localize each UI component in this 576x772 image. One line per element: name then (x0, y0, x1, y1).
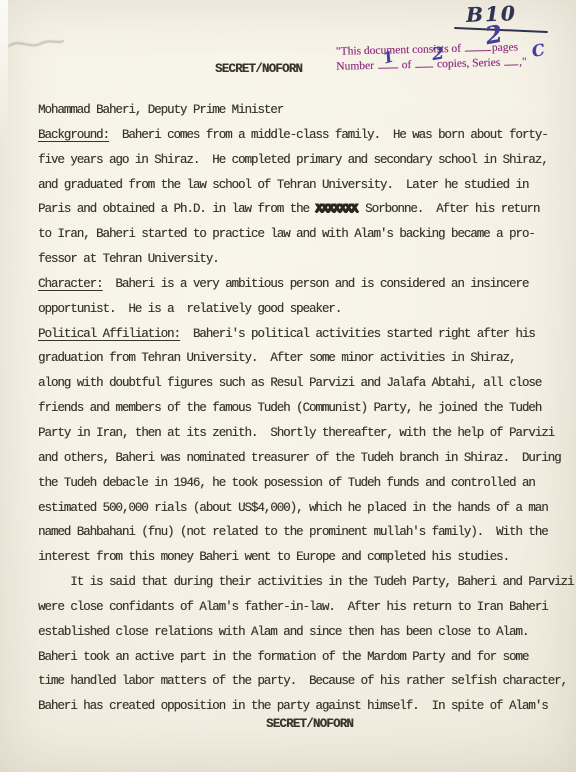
line-text: time handled labor matters of the party.… (38, 674, 567, 688)
line-text: Paris and obtained a Ph.D. in law from t… (38, 202, 315, 216)
line-text: opportunist. He is a relatively good spe… (38, 302, 341, 316)
document-line: fessor at Tehran University. (38, 247, 562, 272)
line-text: were close confidants of Alam's father-i… (38, 600, 548, 614)
document-line: graduation from Tehran University. After… (38, 346, 562, 371)
classification-footer: SECRET/NOFORN (266, 717, 353, 731)
document-line: and others, Baheri was nominated treasur… (38, 446, 562, 471)
document-line: five years ago in Shiraz. He completed p… (38, 148, 562, 173)
handwritten-page-count: 2 (484, 27, 503, 44)
line-text: established close relations with Alam an… (38, 625, 528, 639)
document-line: Character: Baheri is a very ambitious pe… (38, 272, 562, 297)
stamp-blank-line (504, 55, 518, 65)
line-text: Baheri comes from a middle-class family.… (109, 128, 548, 142)
line-text: the Tudeh debacle in 1946, he took poses… (38, 476, 535, 490)
line-text: friends and members of the famous Tudeh … (38, 401, 541, 415)
document-line: Party in Iran, then at its zenith. Short… (38, 421, 562, 446)
document-line: along with doubtful figures such as Resu… (38, 371, 562, 396)
document-line: It is said that during their activities … (38, 570, 562, 595)
document-line: estimated 500,000 rials (about US$4,000)… (38, 496, 562, 521)
line-text: named Bahbahani (fnu) (not related to th… (38, 525, 548, 539)
scan-smudge-artifact (6, 32, 66, 58)
line-text: to Iran, Baheri started to practice law … (38, 227, 535, 241)
document-line: Mohammad Baheri, Deputy Prime Minister (38, 98, 562, 123)
line-text: interest from this money Baheri went to … (38, 550, 509, 564)
stamp-blank-line (415, 57, 433, 67)
handwritten-copies-total: 2 (431, 47, 445, 63)
line-text: Baheri's political activities started ri… (180, 327, 535, 341)
line-text: along with doubtful figures such as Resu… (38, 376, 541, 390)
document-line: were close confidants of Alam's father-i… (38, 595, 562, 620)
scanned-document-page: B10 SECRET/NOFORN "This document consist… (0, 0, 576, 772)
line-text: Party in Iran, then at its zenith. Short… (38, 426, 554, 440)
line-text: Sorbonne. After his return (359, 202, 540, 216)
line-text: fessor at Tehran University. (38, 252, 219, 266)
document-line: and graduated from the law school of Teh… (38, 173, 562, 198)
line-text: Baheri has created opposition in the par… (38, 699, 548, 713)
scan-edge-artifact (0, 0, 8, 150)
document-body: Mohammad Baheri, Deputy Prime MinisterBa… (38, 98, 562, 719)
line-text: estimated 500,000 rials (about US$4,000)… (38, 501, 548, 515)
document-line: opportunist. He is a relatively good spe… (38, 297, 562, 322)
document-line: interest from this money Baheri went to … (38, 545, 562, 570)
stamp-text: copies, Series (437, 56, 501, 70)
document-line: Political Affiliation: Baheri's politica… (38, 322, 562, 347)
line-text: It is said that during their activities … (38, 575, 573, 589)
stamp-text: Number (336, 59, 374, 72)
document-line: named Bahbahani (fnu) (not related to th… (38, 520, 562, 545)
document-control-stamp: "This document consists of pages Number … (336, 39, 569, 74)
document-line: Baheri took an active part in the format… (38, 645, 562, 670)
document-line: the Tudeh debacle in 1946, he took poses… (38, 471, 562, 496)
section-heading: Character: (38, 277, 103, 291)
section-heading: Political Affiliation: (38, 327, 180, 341)
typed-over-redaction: XXXXXXX (315, 202, 358, 216)
document-line: friends and members of the famous Tudeh … (38, 396, 562, 421)
section-heading: Background: (38, 128, 109, 142)
line-text: Baheri took an active part in the format… (38, 650, 528, 664)
document-line: Baheri has created opposition in the par… (38, 694, 562, 719)
line-text: Mohammad Baheri, Deputy Prime Minister (38, 103, 283, 117)
handwritten-series-letter: C (531, 43, 546, 60)
line-text: five years ago in Shiraz. He completed p… (38, 153, 548, 167)
stamp-text: ," (519, 56, 527, 68)
document-line: to Iran, Baheri started to practice law … (38, 222, 562, 247)
document-line: established close relations with Alam an… (38, 620, 562, 645)
document-line: time handled labor matters of the party.… (38, 669, 562, 694)
line-text: and others, Baheri was nominated treasur… (38, 451, 561, 465)
document-line: Paris and obtained a Ph.D. in law from t… (38, 197, 562, 222)
line-text: Baheri is a very ambitious person and is… (103, 277, 529, 291)
stamp-text: of (401, 59, 411, 71)
document-line: Background: Baheri comes from a middle-c… (38, 123, 562, 148)
classification-header: SECRET/NOFORN (215, 62, 302, 76)
line-text: and graduated from the law school of Teh… (38, 178, 528, 192)
line-text: graduation from Tehran University. After… (38, 351, 515, 365)
